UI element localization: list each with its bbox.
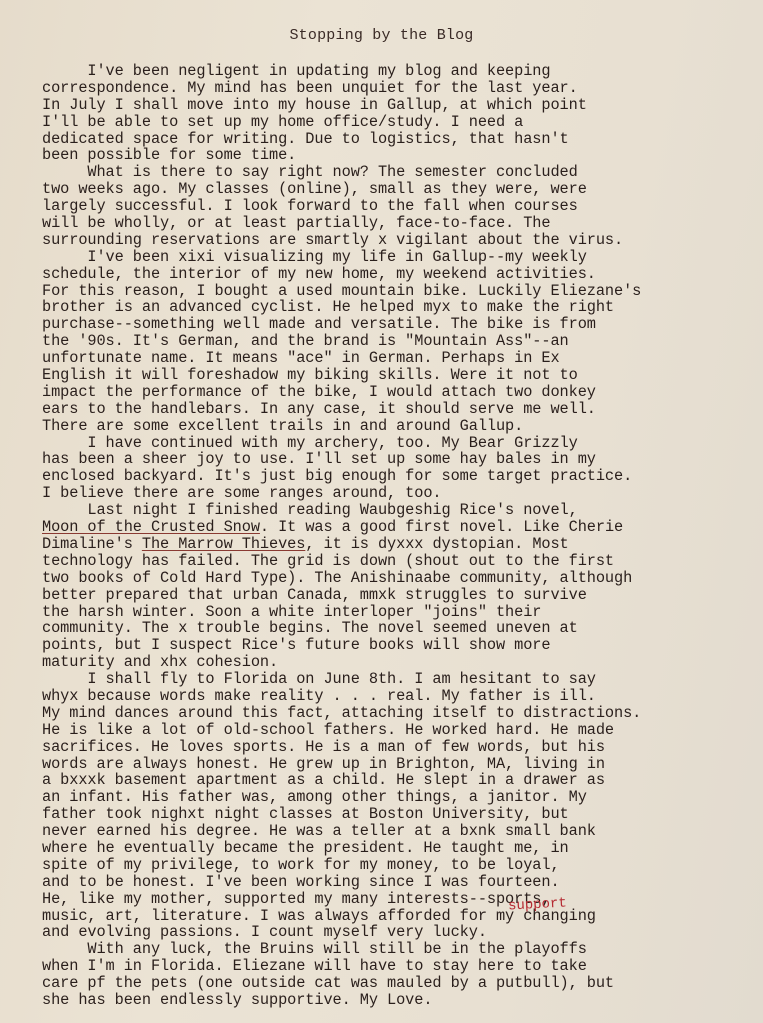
text-line: There are some excellent trails in and a… bbox=[42, 418, 762, 435]
text-line: has been a sheer joy to use. I'll set up… bbox=[42, 451, 762, 468]
text-line: spite of my privilege, to work for my mo… bbox=[42, 857, 762, 874]
text-line: better prepared that urban Canada, mmxk … bbox=[42, 587, 762, 604]
text-line: Dimaline's The Marrow Thieves, it is dyx… bbox=[42, 536, 762, 553]
text-line: With any luck, the Bruins will still be … bbox=[42, 941, 762, 958]
text-line: schedule, the interior of my new home, m… bbox=[42, 266, 762, 283]
text-line: technology has failed. The grid is down … bbox=[42, 553, 762, 570]
text-line: words are always honest. He grew up in B… bbox=[42, 756, 762, 773]
text-line: Moon of the Crusted Snow. It was a good … bbox=[42, 519, 762, 536]
text-line: I've been xixi visualizing my life in Ga… bbox=[42, 249, 762, 266]
text-line: For this reason, I bought a used mountai… bbox=[42, 283, 762, 300]
underlined-book-title: The Marrow Thieves bbox=[142, 535, 305, 553]
text-line: English it will foreshadow my biking ski… bbox=[42, 367, 762, 384]
text-line: I've been negligent in updating my blog … bbox=[42, 63, 762, 80]
typewritten-page: Stopping by the Blog I've been negligent… bbox=[0, 0, 763, 1023]
text-line: I'll be able to set up my home office/st… bbox=[42, 114, 762, 131]
text-line: Last night I finished reading Waubgeshig… bbox=[42, 502, 762, 519]
text-line: maturity and xhx cohesion. bbox=[42, 654, 762, 671]
text-line: I have continued with my archery, too. M… bbox=[42, 435, 762, 452]
text-line: sacrifices. He loves sports. He is a man… bbox=[42, 739, 762, 756]
text-line: and to be honest. I've been working sinc… bbox=[42, 874, 762, 891]
text-line: points, but I suspect Rice's future book… bbox=[42, 637, 762, 654]
text-line: music, art, literature. I was always aff… bbox=[42, 908, 762, 925]
text-line: an infant. His father was, among other t… bbox=[42, 789, 762, 806]
text-line: two books of Cold Hard Type). The Anishi… bbox=[42, 570, 762, 587]
text-line: I shall fly to Florida on June 8th. I am… bbox=[42, 671, 762, 688]
text-line: never earned his degree. He was a teller… bbox=[42, 823, 762, 840]
text-line: two weeks ago. My classes (online), smal… bbox=[42, 181, 762, 198]
text-line: purchase--something well made and versat… bbox=[42, 316, 762, 333]
text-line: when I'm in Florida. Eliezane will have … bbox=[42, 958, 762, 975]
text-line: enclosed backyard. It's just big enough … bbox=[42, 468, 762, 485]
text-line: My mind dances around this fact, attachi… bbox=[42, 705, 762, 722]
text-line: a bxxxk basement apartment as a child. H… bbox=[42, 772, 762, 789]
text-line: care pf the pets (one outside cat was ma… bbox=[42, 975, 762, 992]
text-line: In July I shall move into my house in Ga… bbox=[42, 97, 762, 114]
text-line: What is there to say right now? The seme… bbox=[42, 164, 762, 181]
text-line: ears to the handlebars. In any case, it … bbox=[42, 401, 762, 418]
red-inserted-word: support bbox=[508, 895, 568, 914]
text-line: where he eventually became the president… bbox=[42, 840, 762, 857]
text-line: been possible for some time. bbox=[42, 147, 762, 164]
page-title: Stopping by the Blog bbox=[0, 27, 763, 44]
text-line: dedicated space for writing. Due to logi… bbox=[42, 131, 762, 148]
text-line: the harsh winter. Soon a white interlope… bbox=[42, 604, 762, 621]
body-text: I've been negligent in updating my blog … bbox=[42, 63, 762, 1009]
text-line: the '90s. It's German, and the brand is … bbox=[42, 333, 762, 350]
text-line: He, like my mother, supported my many in… bbox=[42, 891, 762, 908]
text-line: correspondence. My mind has been unquiet… bbox=[42, 80, 762, 97]
text-line: community. The x trouble begins. The nov… bbox=[42, 620, 762, 637]
text-line: He is like a lot of old-school fathers. … bbox=[42, 722, 762, 739]
text-line: brother is an advanced cyclist. He helpe… bbox=[42, 299, 762, 316]
underlined-book-title: Moon of the Crusted Snow bbox=[42, 518, 260, 536]
text-line: largely successful. I look forward to th… bbox=[42, 198, 762, 215]
text-line: father took nighxt night classes at Bost… bbox=[42, 806, 762, 823]
text-line: unfortunate name. It means "ace" in Germ… bbox=[42, 350, 762, 367]
text-line: impact the performance of the bike, I wo… bbox=[42, 384, 762, 401]
text-line: will be wholly, or at least partially, f… bbox=[42, 215, 762, 232]
text-line: surrounding reservations are smartly x v… bbox=[42, 232, 762, 249]
text-line: and evolving passions. I count myself ve… bbox=[42, 924, 762, 941]
text-line: she has been endlessly supportive. My Lo… bbox=[42, 992, 762, 1009]
text-line: whyx because words make reality . . . re… bbox=[42, 688, 762, 705]
text-line: I believe there are some ranges around, … bbox=[42, 485, 762, 502]
